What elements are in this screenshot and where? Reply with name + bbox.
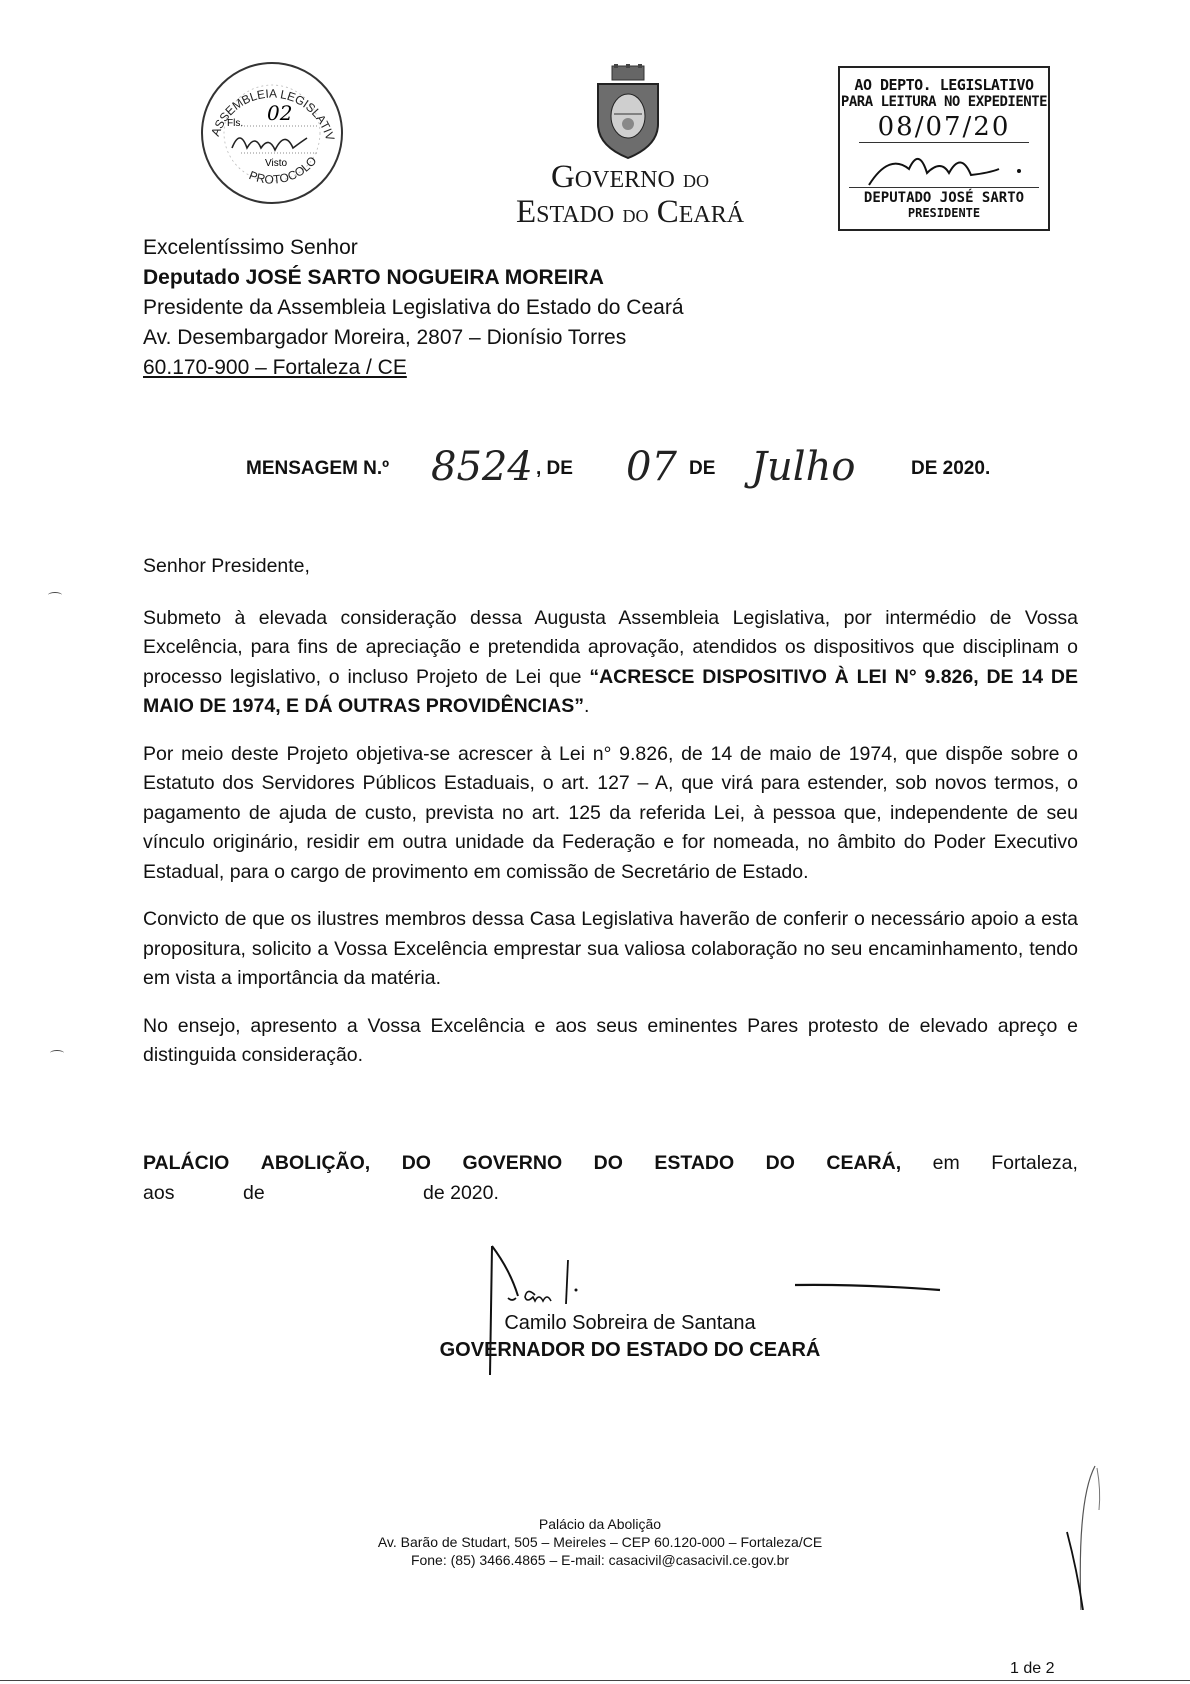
recipient-city: 60.170-900 – Fortaleza / CE — [143, 353, 684, 383]
signer-title: GOVERNADOR DO ESTADO DO CEARÁ — [400, 1337, 860, 1364]
letterhead-footer: Palácio da Abolição Av. Barão de Studart… — [300, 1515, 900, 1569]
message-month: Julho — [751, 444, 855, 490]
stamp-line-4: PRESIDENTE — [840, 206, 1048, 220]
page-number: 1 de 2 — [1010, 1660, 1054, 1678]
stamp-date: 08/07/20 — [859, 112, 1029, 143]
bottom-rule — [0, 1680, 1190, 1681]
footer-line-2: Av. Barão de Studart, 505 – Meireles – C… — [300, 1533, 900, 1551]
message-label: MENSAGEM N.º — [246, 458, 389, 480]
signer-block: Camilo Sobreira de Santana GOVERNADOR DO… — [400, 1310, 860, 1364]
stamp-line-3: DEPUTADO JOSÉ SARTO — [840, 190, 1048, 206]
body-paragraph-3: Convicto de que os ilustres membros dess… — [143, 905, 1078, 994]
body-paragraph-1: Submeto à elevada consideração dessa Aug… — [143, 604, 1078, 722]
handwritten-signature-icon — [849, 143, 1039, 187]
footer-line-1: Palácio da Abolição — [300, 1515, 900, 1533]
message-number: 8524 — [431, 444, 533, 490]
protocol-seal: ASSEMBLEIA LEGISLATIVA DO CEARÁ PROTOCOL… — [197, 58, 347, 208]
svg-text:Visto: Visto — [265, 158, 287, 169]
footer-line-3: Fone: (85) 3466.4865 – E-mail: casacivil… — [300, 1551, 900, 1569]
svg-text:Fls.: Fls. — [227, 118, 243, 129]
receipt-stamp: AO DEPTO. LEGISLATIVO PARA LEITURA NO EX… — [838, 66, 1050, 231]
recipient-salutation: Excelentíssimo Senhor — [143, 233, 684, 263]
closing-place: PALÁCIOABOLIÇÃO,DOGOVERNODOESTADODOCEARÁ… — [143, 1148, 1078, 1178]
message-day: 07 — [626, 444, 677, 490]
recipient-address: Av. Desembargador Moreira, 2807 – Dionís… — [143, 323, 684, 353]
message-year: DE 2020. — [911, 458, 990, 480]
coat-of-arms-icon — [592, 64, 664, 160]
letter-body: Senhor Presidente, Submeto à elevada con… — [143, 552, 1078, 1089]
margin-initials-icon — [1055, 1460, 1115, 1610]
body-paragraph-4: No ensejo, apresento a Vossa Excelência … — [143, 1012, 1078, 1071]
message-de-1: , DE — [536, 458, 573, 480]
seal-icon: ASSEMBLEIA LEGISLATIVA DO CEARÁ PROTOCOL… — [197, 58, 347, 208]
stamp-line-2: PARA LEITURA NO EXPEDIENTE — [840, 94, 1048, 110]
recipient-name: Deputado JOSÉ SARTO NOGUEIRA MOREIRA — [143, 263, 684, 293]
closing-block: PALÁCIOABOLIÇÃO,DOGOVERNODOESTADODOCEARÁ… — [143, 1148, 1078, 1208]
body-paragraph-2: Por meio deste Projeto objetiva-se acres… — [143, 740, 1078, 888]
signer-name: Camilo Sobreira de Santana — [400, 1310, 860, 1337]
message-number-line: MENSAGEM N.º 8524 , DE 07 DE Julho DE 20… — [246, 432, 1006, 492]
message-de-2: DE — [689, 458, 715, 480]
closing-date: aosdede 2020. — [143, 1178, 1078, 1208]
letterhead-title: GOVERNO DO ESTADO DO CEARÁ — [495, 160, 765, 229]
stamp-line-1: AO DEPTO. LEGISLATIVO — [840, 76, 1048, 94]
margin-mark — [48, 592, 62, 598]
body-salutation: Senhor Presidente, — [143, 552, 1078, 582]
stamp-signature — [849, 143, 1039, 188]
recipient-block: Excelentíssimo Senhor Deputado JOSÉ SART… — [143, 233, 684, 383]
margin-mark — [50, 1050, 64, 1056]
svg-text:02: 02 — [267, 101, 292, 125]
recipient-role: Presidente da Assembleia Legislativa do … — [143, 293, 684, 323]
